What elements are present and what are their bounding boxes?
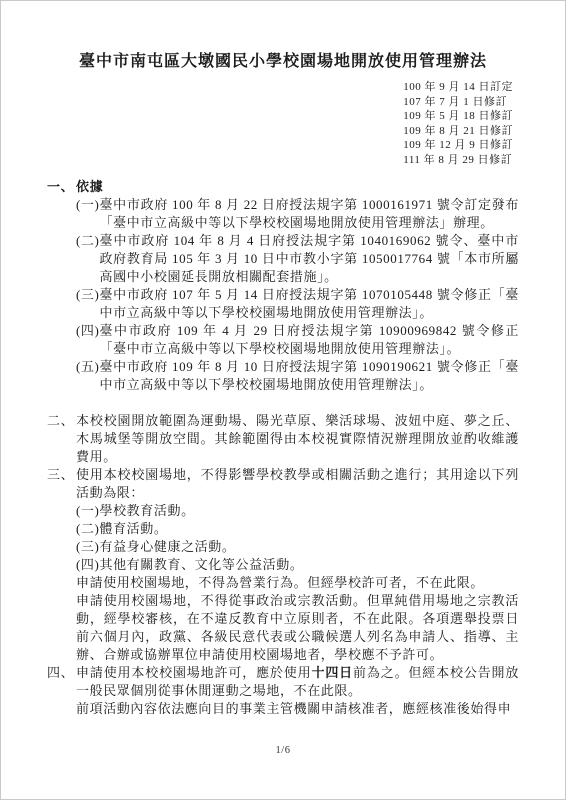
list-text: 學校教育活動。 [99,502,519,520]
section-1-title: 依據 [76,178,519,196]
list-marker: (一) [76,502,99,520]
list-item: (五) 臺中市政府 109 年 8 月 10 日府授法規字第 109019062… [76,358,519,394]
list-marker: (二) [76,232,99,250]
list-text: 體育活動。 [99,520,519,538]
section-4-number: 四、 [47,664,76,682]
list-marker: (四) [76,322,99,340]
list-text: 臺中市政府 104 年 8 月 4 日府授法規字第 1040169062 號令、… [99,232,519,286]
document-body: 一、 依據 (一) 臺中市政府 100 年 8 月 22 日府授法規字第 100… [47,178,519,718]
section-4: 四、 申請使用本校校園場地許可，應於使用十四日前為之。但經本校公告開放一般民眾個… [47,664,519,700]
section-3-paragraph: 申請使用校園場地，不得從事政治或宗教活動。但單純借用場地之宗教活動，經學校審核，… [76,592,519,664]
list-text: 臺中市政府 107 年 5 月 14 日府授法規字第 1070105448 號令… [99,286,519,322]
section-2-number: 二、 [47,412,76,430]
list-marker: (一) [76,196,99,214]
section-3-text: 使用本校校園場地，不得影響學校教學或相關活動之進行；其用途以下列活動為限： [76,466,519,502]
list-item: (二) 臺中市政府 104 年 8 月 4 日府授法規字第 1040169062… [76,232,519,286]
section-4-text: 申請使用本校校園場地許可，應於使用十四日前為之。但經本校公告開放一般民眾個別從事… [76,664,519,700]
section-3-paragraph: 申請使用校園場地，不得為營業行為。但經學校許可者，不在此限。 [76,574,519,592]
list-text: 臺中市政府 100 年 8 月 22 日府授法規字第 1000161971 號令… [99,196,519,232]
section-4-text-emphasis: 十四日 [311,665,353,680]
document-page: 臺中市南屯區大墩國民小學校園場地開放使用管理辦法 100 年 9 月 14 日訂… [0,0,566,800]
list-text: 臺中市政府 109 年 8 月 10 日府授法規字第 1090190621 號令… [99,358,519,394]
list-item: (四) 其他有關教育、文化等公益活動。 [76,556,519,574]
list-marker: (三) [76,286,99,304]
list-item: (一) 臺中市政府 100 年 8 月 22 日府授法規字第 100016197… [76,196,519,232]
revision-date-line: 109 年 12 月 9 日修訂 [403,138,513,153]
section-1-number: 一、 [47,178,76,196]
list-marker: (五) [76,358,99,376]
section-2: 二、 本校校園開放範圍為運動場、陽光草原、樂活球場、波妞中庭、夢之丘、木馬城堡等… [47,412,519,466]
section-1-heading: 一、 依據 [47,178,519,196]
list-text: 其他有關教育、文化等公益活動。 [99,556,519,574]
revision-dates: 100 年 9 月 14 日訂定 107 年 7 月 1 日修訂 109 年 5… [403,80,513,167]
revision-date-line: 109 年 8 月 21 日修訂 [403,124,513,139]
list-item: (四) 臺中市政府 109 年 4 月 29 日府授法規字第 109009698… [76,322,519,358]
section-4-paragraph: 前項活動內容依法應向目的事業主管機關申請核准者，應經核准後始得申 [76,700,519,718]
page-number: 1/6 [1,745,565,756]
list-text: 有益身心健康之活動。 [99,538,519,556]
revision-date-line: 111 年 8 月 29 日修訂 [403,153,513,168]
list-item: (一) 學校教育活動。 [76,502,519,520]
section-2-text: 本校校園開放範圍為運動場、陽光草原、樂活球場、波妞中庭、夢之丘、木馬城堡等開放空… [76,412,519,466]
list-marker: (四) [76,556,99,574]
revision-date-line: 109 年 5 月 18 日修訂 [403,109,513,124]
section-3-number: 三、 [47,466,76,484]
list-item: (二) 體育活動。 [76,520,519,538]
section-4-text-before: 申請使用本校校園場地許可，應於使用 [76,665,311,680]
list-text: 臺中市政府 109 年 4 月 29 日府授法規字第 10900969842 號… [99,322,519,358]
list-item: (三) 臺中市政府 107 年 5 月 14 日府授法規字第 107010544… [76,286,519,322]
section-3: 三、 使用本校校園場地，不得影響學校教學或相關活動之進行；其用途以下列活動為限： [47,466,519,502]
list-item: (三) 有益身心健康之活動。 [76,538,519,556]
revision-date-line: 107 年 7 月 1 日修訂 [403,95,513,110]
revision-date-line: 100 年 9 月 14 日訂定 [403,80,513,95]
document-title: 臺中市南屯區大墩國民小學校園場地開放使用管理辦法 [47,51,519,73]
list-marker: (二) [76,520,99,538]
list-marker: (三) [76,538,99,556]
